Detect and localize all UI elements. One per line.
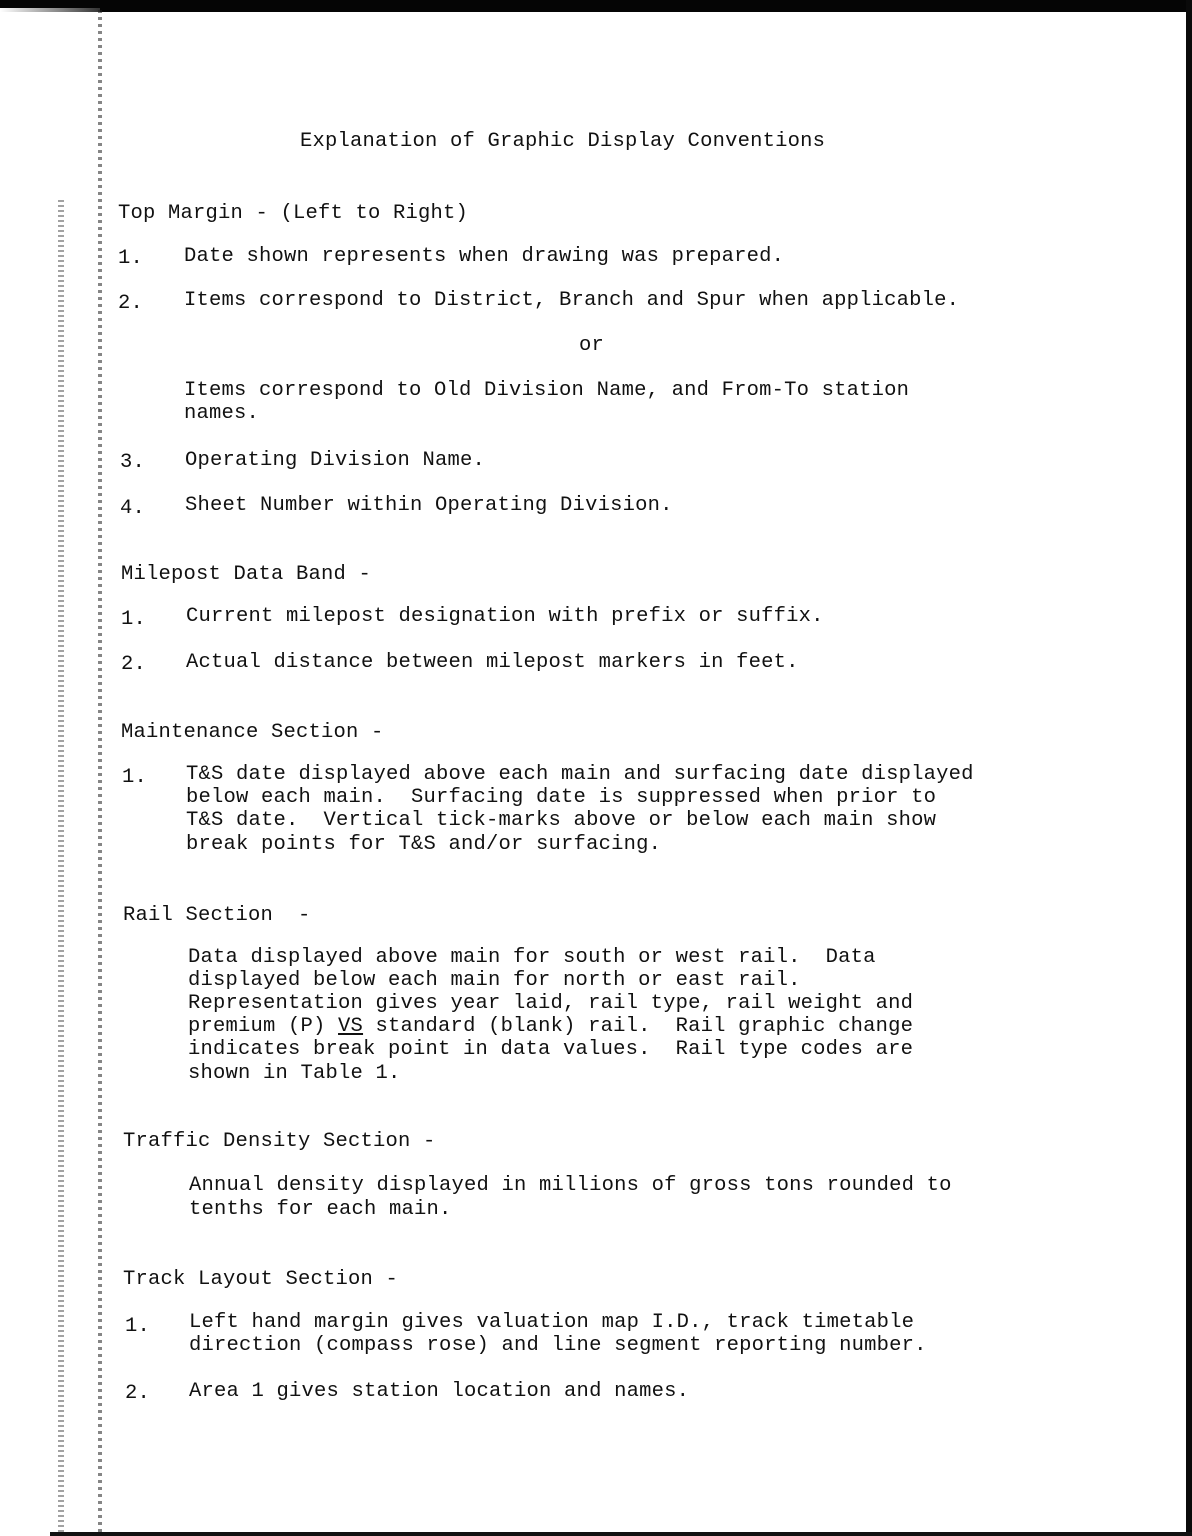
item-text: Items correspond to District, Branch and… <box>184 289 959 312</box>
section-heading-milepost: Milepost Data Band - <box>121 563 371 586</box>
item-text: direction (compass rose) and line segmen… <box>189 1334 927 1357</box>
page-title: Explanation of Graphic Display Conventio… <box>300 130 825 153</box>
or-separator: or <box>579 334 604 357</box>
item-text: Annual density displayed in millions of … <box>189 1174 952 1197</box>
item-number: 2. <box>118 292 143 315</box>
item-text: Operating Division Name. <box>185 449 485 472</box>
underlined-vs: VS <box>338 1015 363 1038</box>
item-number: 4. <box>120 497 145 520</box>
item-text: T&S date displayed above each main and s… <box>186 763 974 786</box>
item-text: names. <box>184 402 259 425</box>
item-number: 1. <box>125 1315 150 1338</box>
item-text: indicates break point in data values. Ra… <box>188 1038 913 1061</box>
item-text: Sheet Number within Operating Division. <box>185 494 673 517</box>
item-number: 3. <box>120 451 145 474</box>
section-heading-maintenance: Maintenance Section - <box>121 721 384 744</box>
item-text: shown in Table 1. <box>188 1062 401 1085</box>
item-text: Area 1 gives station location and names. <box>189 1380 689 1403</box>
item-text: below each main. Surfacing date is suppr… <box>186 786 936 809</box>
section-heading-rail: Rail Section - <box>123 904 311 927</box>
text-fragment: premium (P) <box>188 1015 338 1038</box>
item-text-rail-premium: premium (P) VS standard (blank) rail. Ra… <box>188 1015 913 1038</box>
item-text: T&S date. Vertical tick-marks above or b… <box>186 809 936 832</box>
item-number: 2. <box>121 653 146 676</box>
item-text: break points for T&S and/or surfacing. <box>186 833 661 856</box>
text-fragment: standard (blank) rail. Rail graphic chan… <box>363 1015 913 1038</box>
item-text: displayed below each main for north or e… <box>188 969 801 992</box>
item-number: 1. <box>118 247 143 270</box>
document-page: Explanation of Graphic Display Conventio… <box>0 0 1192 1536</box>
item-text: Representation gives year laid, rail typ… <box>188 992 913 1015</box>
item-text: Actual distance between milepost markers… <box>186 651 799 674</box>
item-text: tenths for each main. <box>189 1198 452 1221</box>
section-heading-traffic-density: Traffic Density Section - <box>123 1130 436 1153</box>
section-heading-top-margin: Top Margin - (Left to Right) <box>118 202 468 225</box>
item-text: Date shown represents when drawing was p… <box>184 245 784 268</box>
item-text: Current milepost designation with prefix… <box>186 605 824 628</box>
section-heading-track-layout: Track Layout Section - <box>123 1268 398 1291</box>
item-number: 1. <box>122 766 147 789</box>
item-text: Left hand margin gives valuation map I.D… <box>189 1311 914 1334</box>
item-text: Data displayed above main for south or w… <box>188 946 876 969</box>
item-number: 2. <box>125 1382 150 1405</box>
item-text: Items correspond to Old Division Name, a… <box>184 379 909 402</box>
item-number: 1. <box>121 608 146 631</box>
